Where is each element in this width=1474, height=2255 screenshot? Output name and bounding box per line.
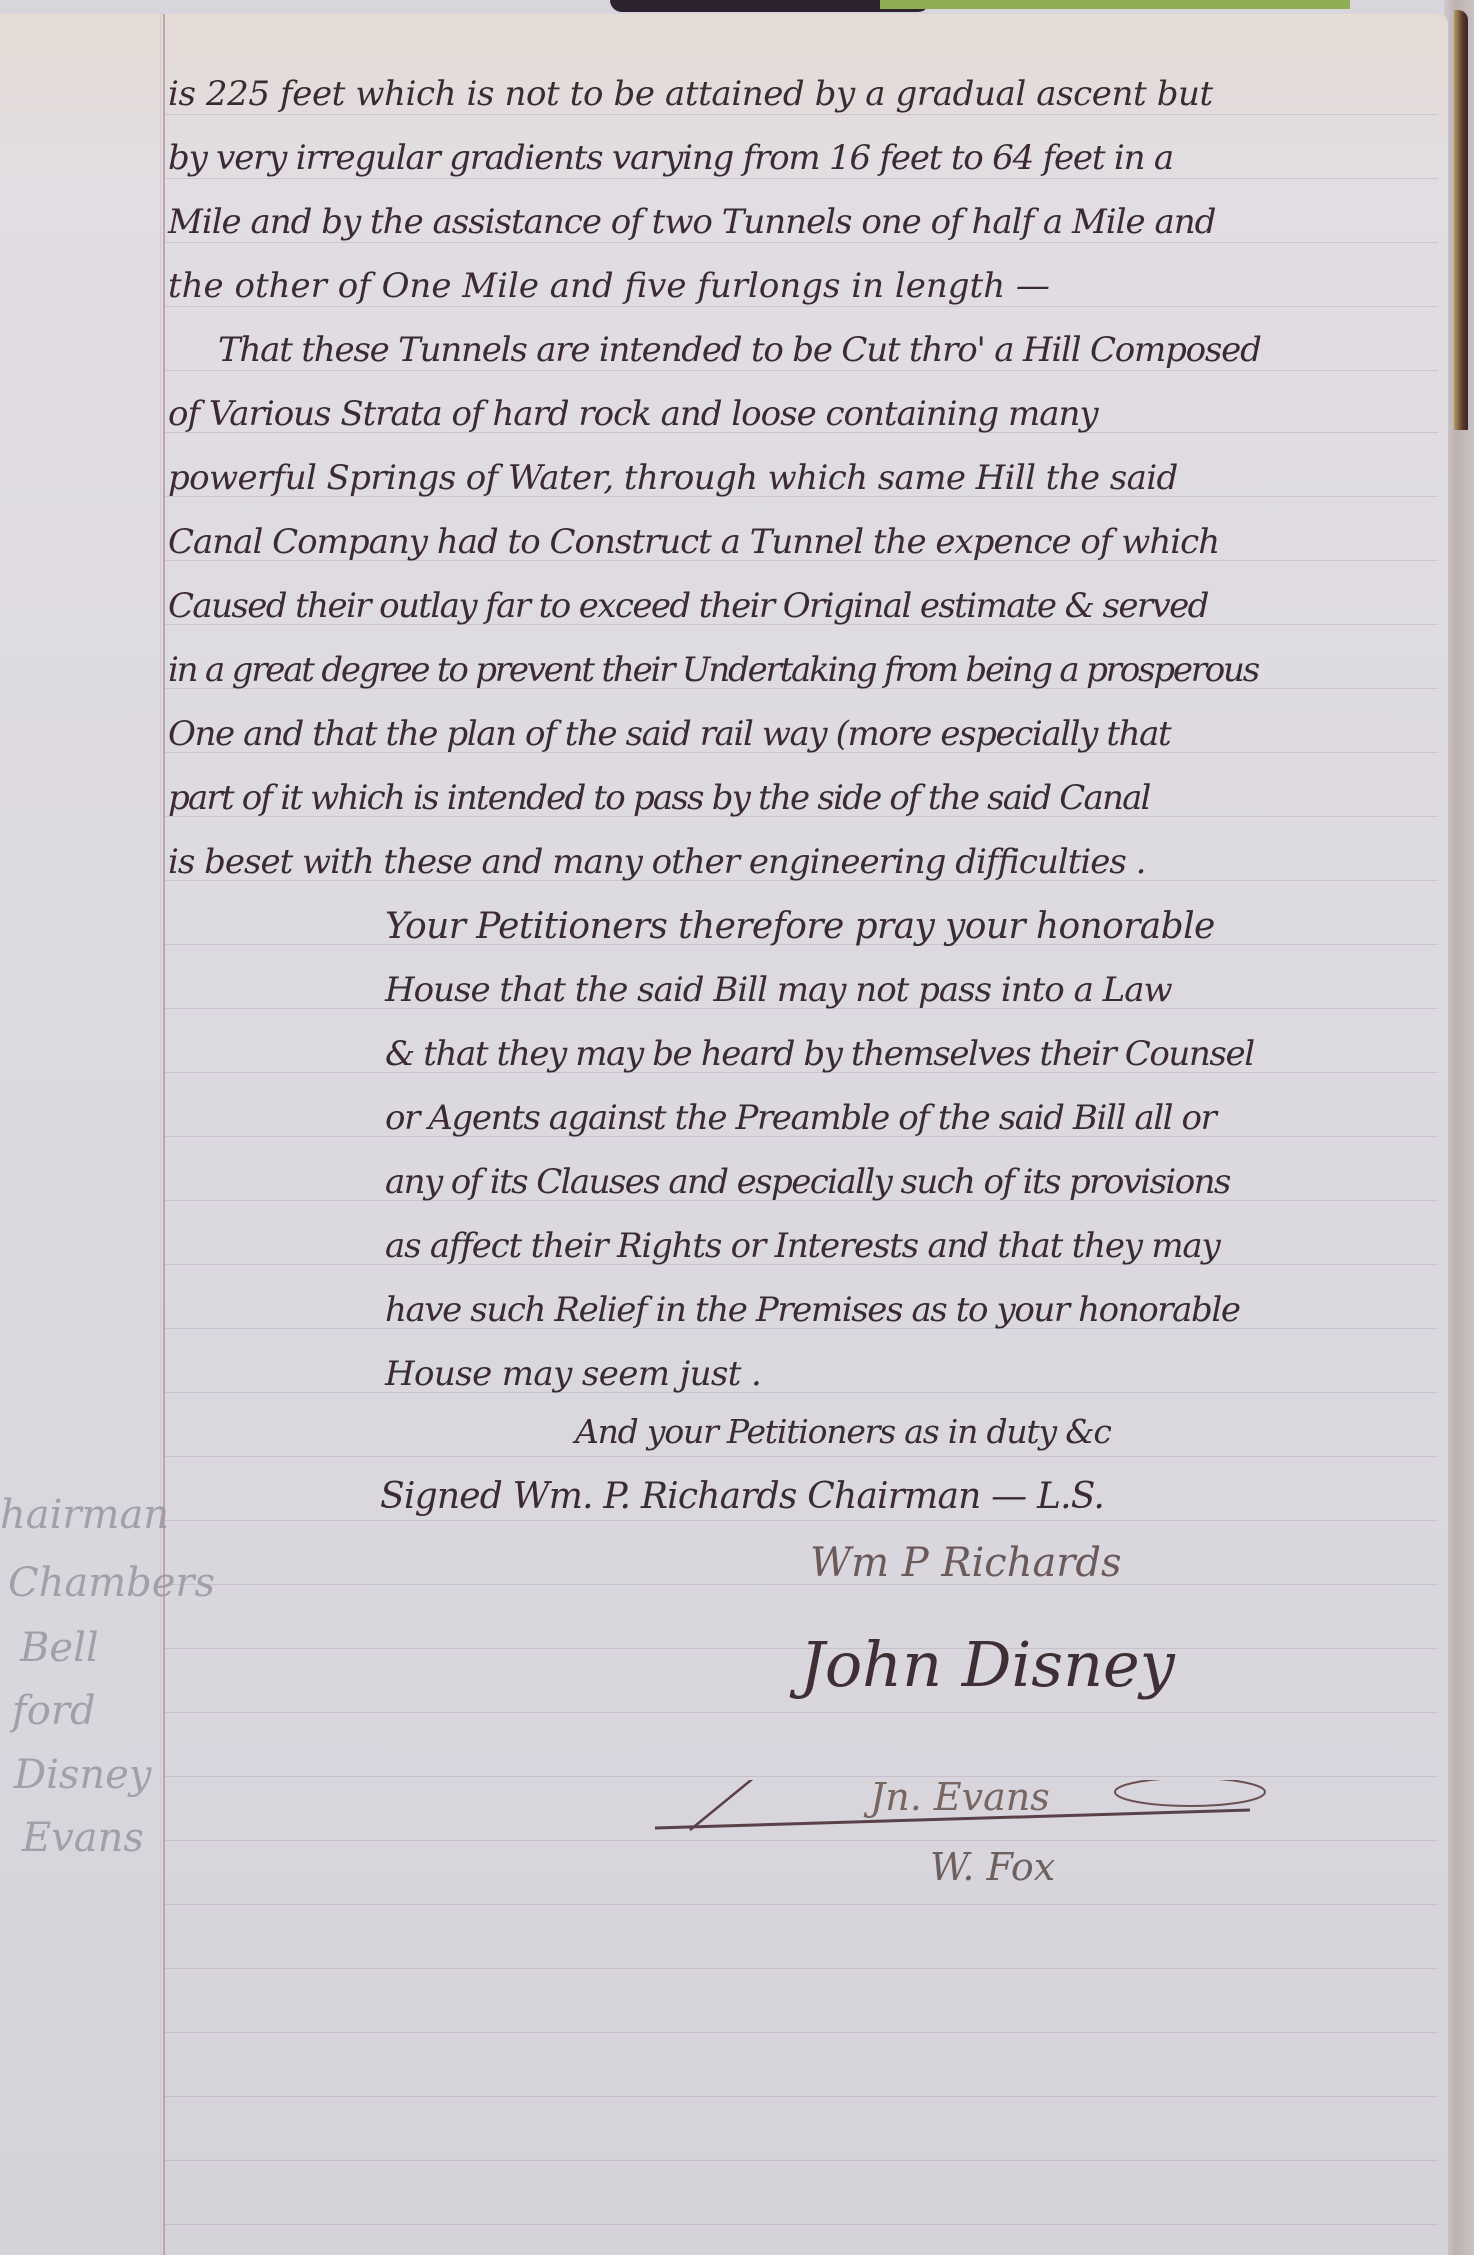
body-line: Canal Company had to Construct a Tunnel … <box>168 522 1219 562</box>
ruled-line <box>165 1520 1438 1521</box>
prayer-line: House may seem just . <box>385 1354 761 1394</box>
margin-note: Bell <box>20 1625 99 1671</box>
ruled-line <box>165 1392 1438 1393</box>
body-line: is 225 feet which is not to be attained … <box>168 74 1213 114</box>
ruled-line <box>165 1840 1438 1841</box>
margin-note: Disney <box>14 1752 151 1798</box>
ruled-line <box>165 2096 1438 2097</box>
signature-evans: Jn. Evans <box>870 1775 1050 1819</box>
margin-rule <box>163 14 165 2255</box>
ruled-line <box>165 1968 1438 1969</box>
ruled-line <box>165 114 1438 115</box>
signature-fox: W. Fox <box>930 1845 1055 1889</box>
body-line: of Various Strata of hard rock and loose… <box>168 394 1098 434</box>
margin-note: Chambers <box>8 1560 215 1606</box>
body-line: That these Tunnels are intended to be Cu… <box>218 330 1261 370</box>
prayer-line: or Agents against the Preamble of the sa… <box>385 1098 1215 1138</box>
body-line: Caused their outlay far to exceed their … <box>168 586 1208 626</box>
ruled-line <box>165 2224 1438 2225</box>
body-line: is beset with these and many other engin… <box>168 842 1145 882</box>
body-line: by very irregular gradients varying from… <box>168 138 1173 178</box>
ruled-line <box>165 306 1438 307</box>
closing-line: And your Petitioners as in duty &c <box>575 1412 1111 1451</box>
body-line: in a great degree to prevent their Under… <box>168 650 1258 690</box>
prayer-line: House that the said Bill may not pass in… <box>385 970 1172 1010</box>
signed-line: Signed Wm. P. Richards Chairman — L.S. <box>380 1476 1104 1517</box>
prayer-line: Your Petitioners therefore pray your hon… <box>385 906 1215 947</box>
ruled-line <box>165 1584 1438 1585</box>
prayer-line: as affect their Rights or Interests and … <box>385 1226 1220 1266</box>
ruled-line <box>165 1456 1438 1457</box>
prayer-line: any of its Clauses and especially such o… <box>385 1162 1230 1202</box>
signature-richards: Wm P Richards <box>810 1540 1122 1586</box>
ruled-line <box>165 1776 1438 1777</box>
margin-note: Evans <box>22 1815 144 1861</box>
body-line: Mile and by the assistance of two Tunnel… <box>168 202 1215 242</box>
ruled-line <box>165 178 1438 179</box>
ruled-line <box>165 2160 1438 2161</box>
margin-note: ford <box>12 1688 96 1734</box>
ruled-line <box>165 1712 1438 1713</box>
ruled-line <box>165 242 1438 243</box>
body-line: One and that the plan of the said rail w… <box>168 714 1170 754</box>
ruled-line <box>165 370 1438 371</box>
ruled-line <box>165 1904 1438 1905</box>
prayer-line: have such Relief in the Premises as to y… <box>385 1290 1240 1330</box>
book-binding <box>1454 10 1468 430</box>
signature-disney: John Disney <box>800 1628 1175 1701</box>
green-background-strip <box>880 0 1350 9</box>
body-line: part of it which is intended to pass by … <box>168 778 1150 818</box>
margin-rule-red <box>160 14 161 2255</box>
margin-note: hairman <box>0 1492 169 1538</box>
ruled-line <box>165 2032 1438 2033</box>
body-line: powerful Springs of Water, through which… <box>168 458 1178 498</box>
body-line: the other of One Mile and five furlongs … <box>168 266 1050 306</box>
prayer-line: & that they may be heard by themselves t… <box>385 1034 1254 1074</box>
